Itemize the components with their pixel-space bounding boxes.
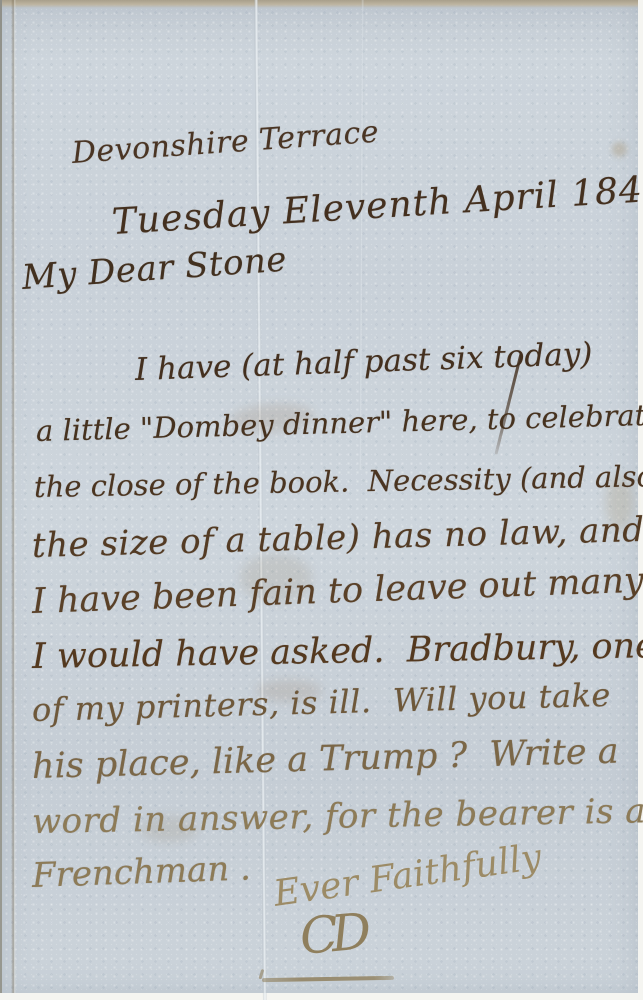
signature-monogram: CD: [297, 903, 366, 966]
scanned-letter: Devonshire Terrace Tuesday Eleventh Apri…: [0, 0, 643, 1000]
fold-crease-left: [11, 0, 16, 993]
letter-body-line: of my printers, is ill. Will you take: [32, 676, 612, 729]
letter-closing: Ever Faithfully: [271, 837, 544, 915]
letter-paper: Devonshire Terrace Tuesday Eleventh Apri…: [2, 0, 638, 993]
letter-body-line: I would have asked. Bradbury, one: [32, 626, 643, 677]
letter-body-line: I have been fain to leave out many: [31, 561, 643, 622]
letter-body-line: a little "Dombey dinner" here, to celebr…: [36, 398, 643, 448]
fold-crease-upper: [359, 0, 364, 470]
letter-address-line: Devonshire Terrace: [71, 115, 380, 171]
signature-flourish-underline: [262, 976, 394, 982]
letter-body-line: the close of the book. Necessity (and al…: [34, 459, 643, 504]
letter-body-line: the size of a table) has no law, and: [31, 510, 643, 566]
letter-body-line: word in answer, for the bearer is a: [32, 791, 643, 842]
ink-spot-right-edge: [612, 142, 627, 157]
paper-top-edge: [2, 0, 638, 8]
letter-salutation: My Dear Stone: [21, 240, 289, 298]
letter-body-line: Frenchman .: [31, 848, 251, 896]
letter-body-line: his place, like a Trump ? Write a: [31, 732, 619, 787]
letter-body-line: I have (at half past six today): [134, 336, 593, 388]
letter-date-line: Tuesday Eleventh April 1848.: [111, 167, 643, 243]
